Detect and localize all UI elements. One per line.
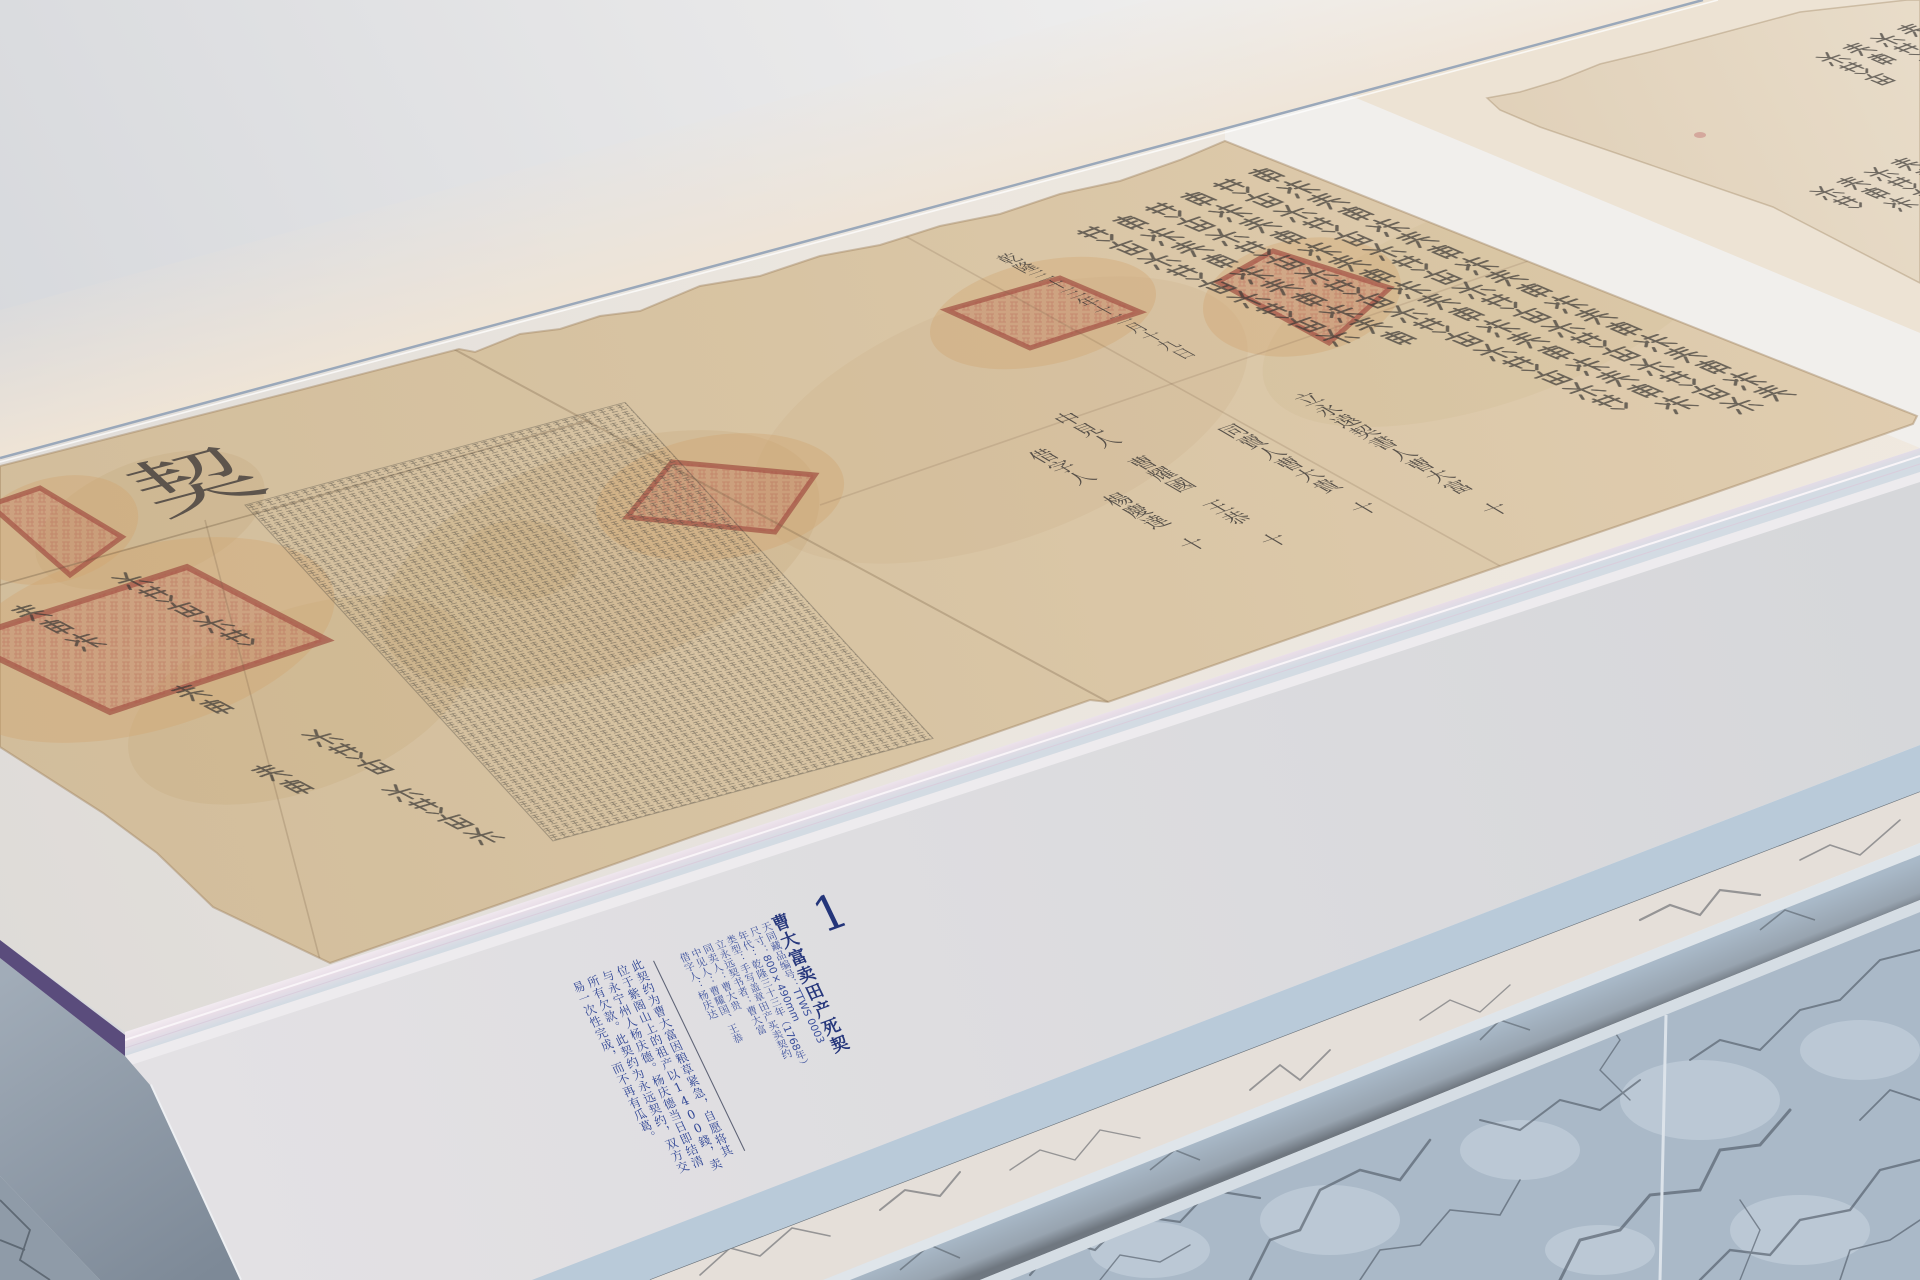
museum-display-scene — [0, 0, 1920, 1280]
